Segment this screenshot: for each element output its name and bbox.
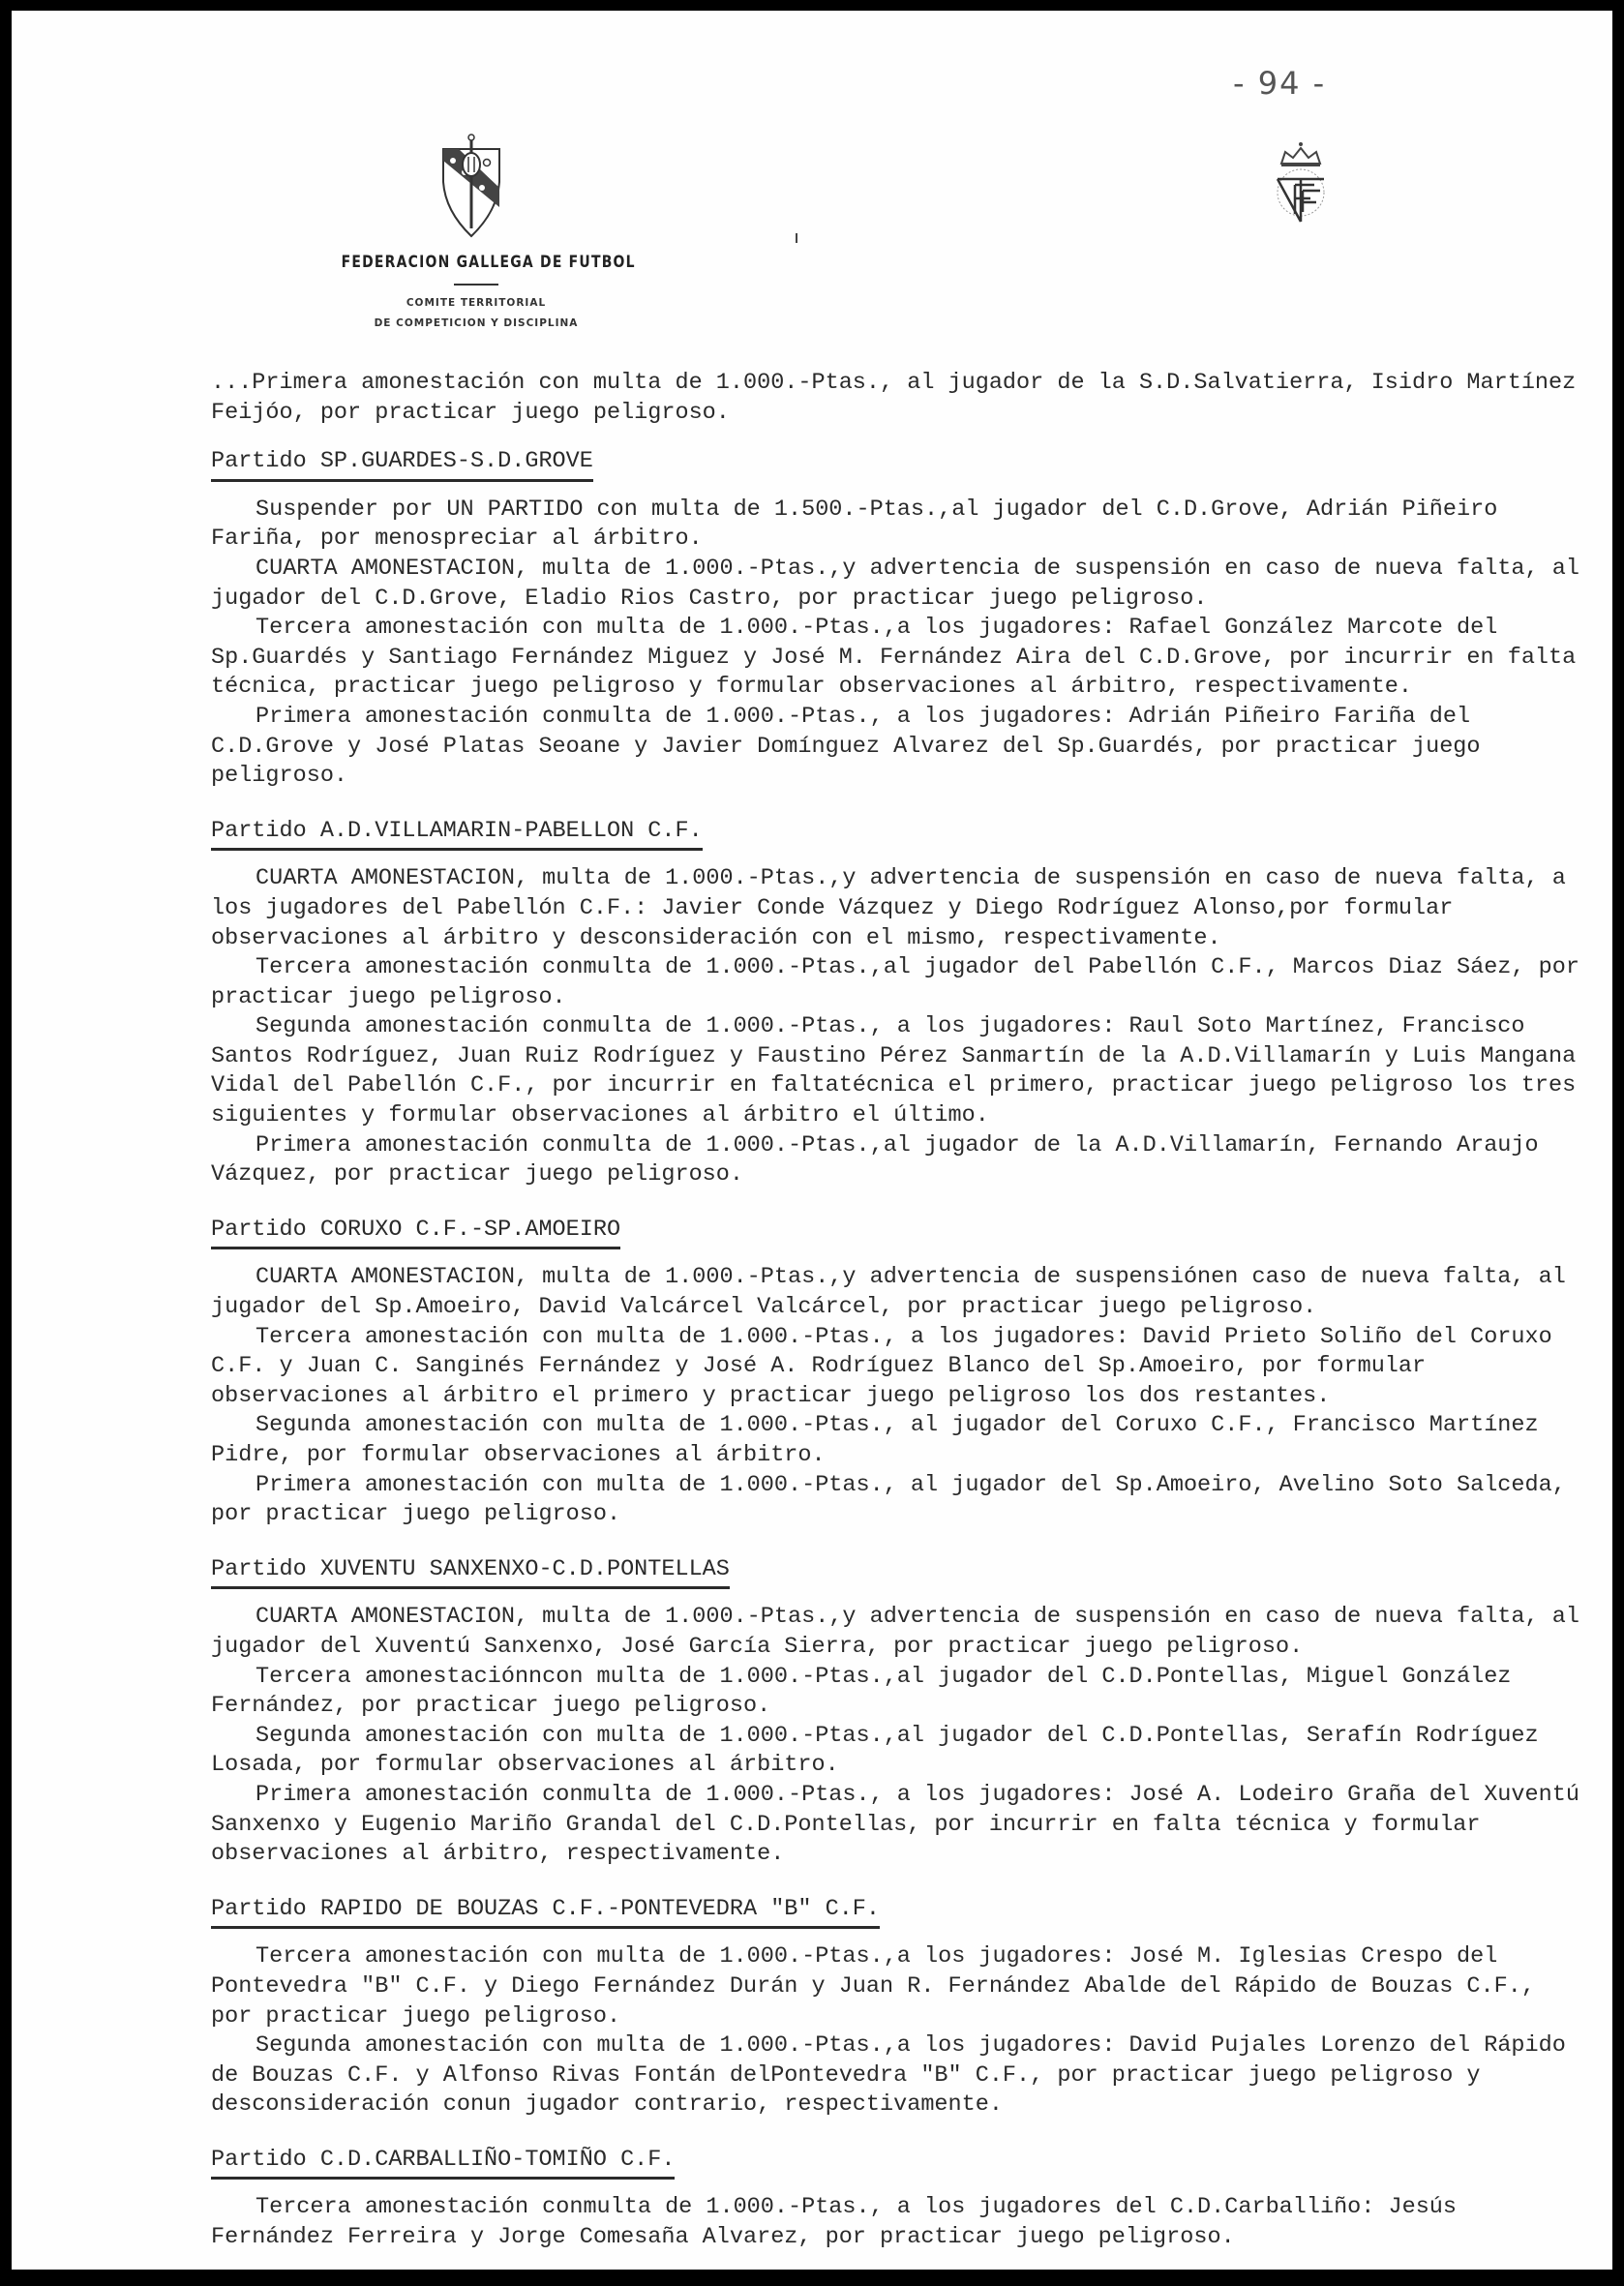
royal-spanish-federation-crest-icon	[1268, 135, 1334, 227]
sanction-paragraph: Tercera amonestación con multa de 1.000.…	[211, 1323, 1585, 1412]
sanction-paragraph: Suspender por UN PARTIDO con multa de 1.…	[211, 496, 1585, 555]
sanction-paragraph: Tercera amonestaciónncon multa de 1.000.…	[211, 1663, 1585, 1722]
section-villamarin-pabellon: Partido A.D.VILLAMARIN-PABELLON C.F. CUA…	[211, 803, 1585, 1190]
committee-line-1: COMITE TERRITORIAL	[312, 293, 641, 314]
section-xuventu-pontellas: Partido XUVENTU SANXENXO-C.D.PONTELLAS C…	[211, 1542, 1585, 1870]
section-title: Partido RAPIDO DE BOUZAS C.F.-PONTEVEDRA…	[211, 1895, 880, 1930]
section-title: Partido A.D.VILLAMARIN-PABELLON C.F.	[211, 817, 703, 852]
section-title: Partido XUVENTU SANXENXO-C.D.PONTELLAS	[211, 1555, 730, 1590]
sanction-paragraph: CUARTA AMONESTACION, multa de 1.000.-Pta…	[211, 864, 1585, 953]
scan-mark	[796, 233, 797, 243]
document-page: - 94 - FEDERACION GALLEGA DE FUTBOL COMI…	[12, 11, 1612, 2270]
sanction-paragraph: Segunda amonestación con multa de 1.000.…	[211, 1722, 1585, 1781]
organization-name: FEDERACION GALLEGA DE FUTBOL	[342, 253, 612, 272]
sanction-paragraph: Tercera amonestación con multa de 1.000.…	[211, 1942, 1585, 2031]
sanction-paragraph: Segunda amonestación con multa de 1.000.…	[211, 2031, 1585, 2121]
section-title: Partido CORUXO C.F.-SP.AMOEIRO	[211, 1216, 620, 1250]
section-sp-guardes-grove: Partido SP.GUARDES-S.D.GROVE Suspender p…	[211, 434, 1585, 792]
intro-block: ...Primera amonestación con multa de 1.0…	[211, 369, 1585, 428]
sanction-paragraph: CUARTA AMONESTACION, multa de 1.000.-Pta…	[211, 1263, 1585, 1322]
sanction-paragraph: Segunda amonestación conmulta de 1.000.-…	[211, 1012, 1585, 1130]
sanction-paragraph: CUARTA AMONESTACION, multa de 1.000.-Pta…	[211, 555, 1585, 614]
section-title: Partido SP.GUARDES-S.D.GROVE	[211, 447, 593, 482]
page-number: - 94 -	[1233, 65, 1326, 102]
sanction-paragraph: Primera amonestación conmulta de 1.000.-…	[211, 1131, 1585, 1190]
sanction-paragraph: Tercera amonestación conmulta de 1.000.-…	[211, 2193, 1585, 2252]
sanction-paragraph: Segunda amonestación con multa de 1.000.…	[211, 1411, 1585, 1470]
sanction-paragraph: CUARTA AMONESTACION, multa de 1.000.-Pta…	[211, 1603, 1585, 1662]
section-coruxo-amoeiro: Partido CORUXO C.F.-SP.AMOEIRO CUARTA AM…	[211, 1202, 1585, 1530]
committee-line-2: DE COMPETICION Y DISCIPLINA	[312, 314, 641, 334]
intro-paragraph: ...Primera amonestación con multa de 1.0…	[211, 369, 1585, 428]
sanction-paragraph: Primera amonestación con multa de 1.000.…	[211, 1471, 1585, 1530]
sanction-paragraph: Tercera amonestación con multa de 1.000.…	[211, 614, 1585, 703]
section-rapido-bouzas-pontevedra-b: Partido RAPIDO DE BOUZAS C.F.-PONTEVEDRA…	[211, 1881, 1585, 2121]
letterhead: FEDERACION GALLEGA DE FUTBOL COMITE TERR…	[312, 253, 641, 334]
letterhead-divider	[454, 284, 498, 286]
section-carballino-tomino: Partido C.D.CARBALLIÑO-TOMIÑO C.F. Terce…	[211, 2132, 1585, 2253]
sanction-paragraph: Primera amonestación conmulta de 1.000.-…	[211, 1781, 1585, 1870]
sanction-paragraph: Primera amonestación conmulta de 1.000.-…	[211, 703, 1585, 792]
galician-federation-shield-icon	[439, 132, 503, 238]
sanction-paragraph: Tercera amonestación conmulta de 1.000.-…	[211, 953, 1585, 1012]
section-title: Partido C.D.CARBALLIÑO-TOMIÑO C.F.	[211, 2146, 675, 2181]
document-body: ...Primera amonestación con multa de 1.0…	[211, 369, 1585, 2265]
